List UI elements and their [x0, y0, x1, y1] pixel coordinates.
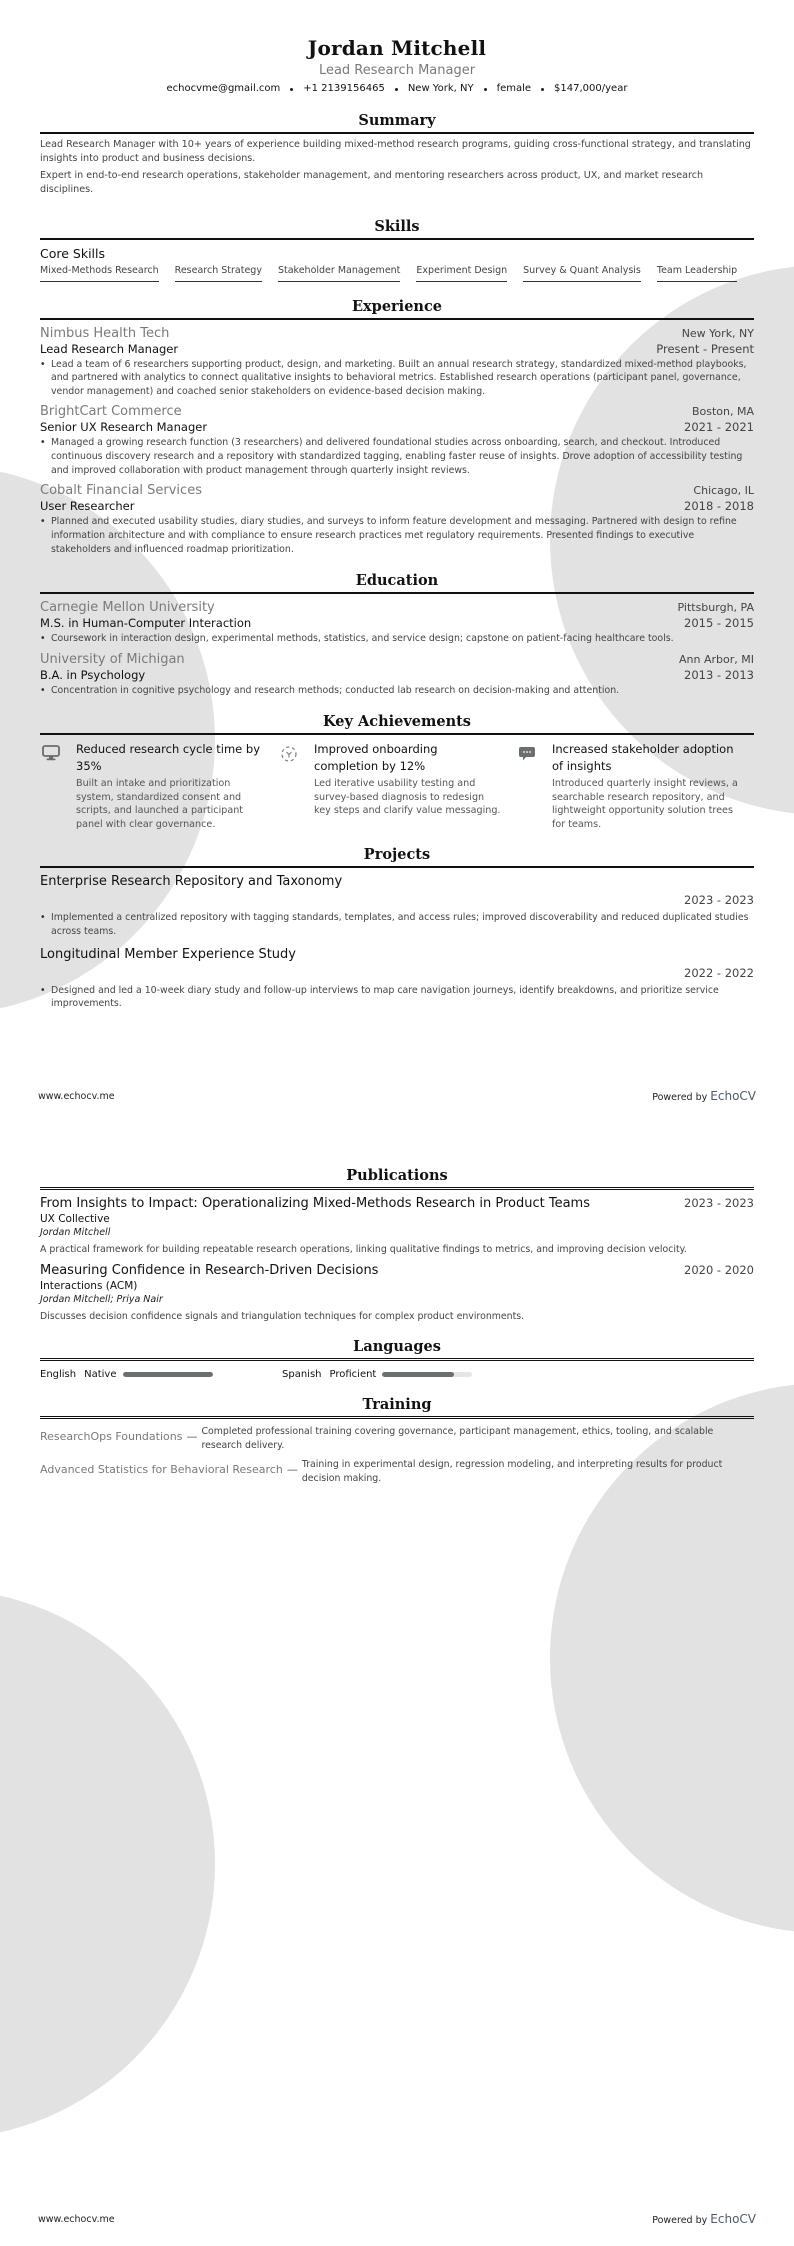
language-name: English [40, 1369, 76, 1380]
section-title-publications: Publications [40, 1167, 754, 1190]
job-dates: 2018 - 2018 [684, 499, 754, 513]
publication-title: Measuring Confidence in Research-Driven … [40, 1263, 378, 1278]
achievements-grid: Reduced research cycle time by 35% Built… [40, 741, 754, 832]
achievement-title: Reduced research cycle time by 35% [76, 741, 264, 773]
achievement-description: Led iterative usability testing and surv… [314, 777, 502, 819]
company-name: Cobalt Financial Services [40, 483, 202, 498]
skill-tag: Mixed-Methods Research [40, 265, 159, 282]
contact-phone[interactable]: +1 2139156465 [303, 83, 385, 94]
project-item: Longitudinal Member Experience Study 202… [40, 947, 754, 1011]
degree: B.A. in Psychology [40, 668, 145, 682]
publication-dates: 2020 - 2020 [684, 1263, 754, 1277]
focus-target-icon [278, 741, 314, 832]
powered-by-label: Powered by [652, 1092, 707, 1103]
school-location: Pittsburgh, PA [678, 601, 755, 614]
job-location: Boston, MA [692, 405, 754, 418]
education-section: Carnegie Mellon University Pittsburgh, P… [40, 600, 754, 697]
project-bullet: Implemented a centralized repository wit… [40, 911, 754, 938]
skill-tag: Survey & Quant Analysis [523, 265, 641, 282]
achievement-title: Increased stakeholder adoption of insigh… [552, 741, 740, 773]
separator-dot [541, 88, 544, 91]
section-title-skills: Skills [40, 218, 754, 240]
skill-tag: Stakeholder Management [278, 265, 400, 282]
language-proficiency-fill [123, 1372, 213, 1377]
skill-tag: Research Strategy [175, 265, 262, 282]
contact-salary: $147,000/year [554, 83, 627, 94]
achievement-item: Reduced research cycle time by 35% Built… [40, 741, 278, 832]
project-bullet: Designed and led a 10-week diary study a… [40, 984, 754, 1011]
language-item: English Native [40, 1369, 282, 1380]
section-title-achievements: Key Achievements [40, 713, 754, 735]
publication-item: Measuring Confidence in Research-Driven … [40, 1263, 754, 1322]
training-item: ResearchOps Foundations — Completed prof… [40, 1425, 754, 1452]
page-footer: www.echocv.me Powered by EchoCV [0, 2206, 794, 2246]
contact-location: New York, NY [408, 83, 474, 94]
language-level: Native [84, 1369, 116, 1380]
publication-title: From Insights to Impact: Operationalizin… [40, 1196, 590, 1211]
section-title-education: Education [40, 572, 754, 594]
language-name: Spanish [282, 1369, 322, 1380]
powered-by-label: Powered by [652, 2215, 707, 2226]
summary-paragraph: Lead Research Manager with 10+ years of … [40, 138, 754, 167]
job-location: Chicago, IL [693, 484, 754, 497]
section-title-projects: Projects [40, 846, 754, 868]
language-proficiency-fill [382, 1372, 454, 1377]
publication-authors: Jordan Mitchell; Priya Nair [40, 1294, 754, 1305]
language-item: Spanish Proficient [282, 1369, 524, 1380]
project-item: Enterprise Research Repository and Taxon… [40, 874, 754, 938]
training-item: Advanced Statistics for Behavioral Resea… [40, 1458, 754, 1485]
summary-section: Lead Research Manager with 10+ years of … [40, 138, 754, 198]
experience-section: Nimbus Health Tech New York, NY Lead Res… [40, 326, 754, 557]
separator-dot [290, 88, 293, 91]
job-dates: 2021 - 2021 [684, 420, 754, 434]
training-description: Completed professional training covering… [201, 1425, 754, 1452]
publication-venue: UX Collective [40, 1213, 754, 1225]
summary-paragraph: Expert in end-to-end research operations… [40, 169, 754, 198]
skills-list: Mixed-Methods Research Research Strategy… [40, 265, 754, 282]
experience-item: Nimbus Health Tech New York, NY Lead Res… [40, 326, 754, 399]
resume-header: Jordan Mitchell Lead Research Manager ec… [40, 0, 754, 94]
achievement-description: Built an intake and prioritization syste… [76, 777, 264, 833]
projects-section: Enterprise Research Repository and Taxon… [40, 874, 754, 1011]
project-dates: 2023 - 2023 [40, 893, 754, 907]
training-name: ResearchOps Foundations [40, 1425, 182, 1443]
training-dash: — [182, 1425, 201, 1443]
school-name: University of Michigan [40, 652, 185, 667]
education-item: Carnegie Mellon University Pittsburgh, P… [40, 600, 754, 646]
candidate-role: Lead Research Manager [40, 63, 754, 78]
education-bullet: Coursework in interaction design, experi… [40, 632, 754, 646]
language-proficiency-bar [123, 1372, 213, 1377]
resume-page-2: Publications From Insights to Impact: Op… [0, 1123, 794, 2246]
education-bullet: Concentration in cognitive psychology an… [40, 684, 754, 698]
project-title: Longitudinal Member Experience Study [40, 947, 754, 962]
training-description: Training in experimental design, regress… [302, 1458, 754, 1485]
publication-authors: Jordan Mitchell [40, 1227, 754, 1238]
company-name: BrightCart Commerce [40, 404, 182, 419]
publication-venue: Interactions (ACM) [40, 1280, 754, 1292]
chat-bubble-icon [516, 741, 552, 832]
monitor-icon [40, 741, 76, 832]
languages-list: English Native Spanish Proficient [40, 1369, 754, 1380]
contact-line: echocvme@gmail.com +1 2139156465 New Yor… [40, 83, 754, 94]
job-bullet: Planned and executed usability studies, … [40, 515, 754, 556]
publication-description: A practical framework for building repea… [40, 1244, 754, 1255]
powered-by[interactable]: Powered by EchoCV [652, 2212, 756, 2226]
brand-logo: EchoCV [710, 2212, 756, 2226]
language-level: Proficient [330, 1369, 377, 1380]
brand-logo: EchoCV [710, 1089, 756, 1103]
contact-email[interactable]: echocvme@gmail.com [167, 83, 281, 94]
contact-gender: female [497, 83, 531, 94]
training-dash: — [283, 1458, 302, 1476]
background-circle-left [0, 1589, 215, 2139]
education-dates: 2013 - 2013 [684, 668, 754, 682]
school-name: Carnegie Mellon University [40, 600, 215, 615]
experience-item: Cobalt Financial Services Chicago, IL Us… [40, 483, 754, 556]
experience-item: BrightCart Commerce Boston, MA Senior UX… [40, 404, 754, 477]
separator-dot [484, 88, 487, 91]
company-name: Nimbus Health Tech [40, 326, 169, 341]
powered-by[interactable]: Powered by EchoCV [652, 1089, 756, 1103]
skill-tag: Team Leadership [657, 265, 737, 282]
job-dates: Present - Present [656, 342, 754, 356]
section-title-summary: Summary [40, 112, 754, 134]
job-title: Senior UX Research Manager [40, 420, 207, 434]
publications-section: From Insights to Impact: Operationalizin… [40, 1196, 754, 1322]
section-title-languages: Languages [40, 1338, 754, 1361]
section-title-experience: Experience [40, 298, 754, 320]
candidate-name: Jordan Mitchell [40, 36, 754, 60]
training-section: ResearchOps Foundations — Completed prof… [40, 1425, 754, 1486]
project-dates: 2022 - 2022 [40, 966, 754, 980]
publication-item: From Insights to Impact: Operationalizin… [40, 1196, 754, 1255]
project-title: Enterprise Research Repository and Taxon… [40, 874, 754, 889]
publication-dates: 2023 - 2023 [684, 1196, 754, 1210]
job-bullet: Managed a growing research function (3 r… [40, 436, 754, 477]
job-location: New York, NY [682, 327, 754, 340]
publication-description: Discusses decision confidence signals an… [40, 1311, 754, 1322]
achievement-title: Improved onboarding completion by 12% [314, 741, 502, 773]
job-bullet: Lead a team of 6 researchers supporting … [40, 358, 754, 399]
footer-site-link[interactable]: www.echocv.me [38, 1091, 115, 1102]
training-name: Advanced Statistics for Behavioral Resea… [40, 1458, 283, 1476]
skills-group-title: Core Skills [40, 246, 754, 261]
achievement-item: Increased stakeholder adoption of insigh… [516, 741, 754, 832]
achievement-item: Improved onboarding completion by 12% Le… [278, 741, 516, 832]
language-proficiency-bar [382, 1372, 472, 1377]
separator-dot [395, 88, 398, 91]
section-title-training: Training [40, 1396, 754, 1419]
resume-page-1: Jordan Mitchell Lead Research Manager ec… [0, 0, 794, 1123]
job-title: Lead Research Manager [40, 342, 178, 356]
school-location: Ann Arbor, MI [679, 653, 754, 666]
skill-tag: Experiment Design [416, 265, 507, 282]
page-footer: www.echocv.me Powered by EchoCV [0, 1083, 794, 1123]
achievement-description: Introduced quarterly insight reviews, a … [552, 777, 740, 833]
education-dates: 2015 - 2015 [684, 616, 754, 630]
footer-site-link[interactable]: www.echocv.me [38, 2214, 115, 2225]
degree: M.S. in Human-Computer Interaction [40, 616, 251, 630]
education-item: University of Michigan Ann Arbor, MI B.A… [40, 652, 754, 698]
job-title: User Researcher [40, 499, 134, 513]
